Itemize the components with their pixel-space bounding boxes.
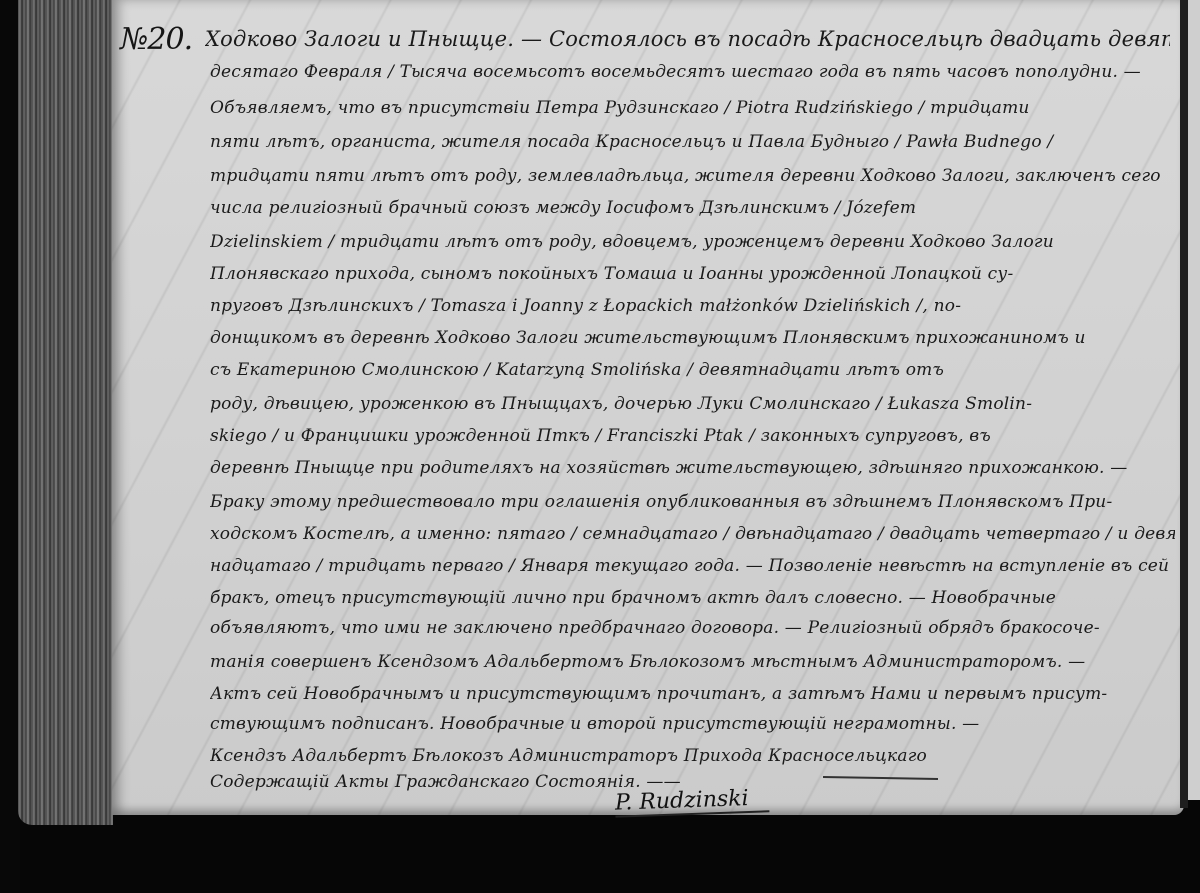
signature: P. Rudzinski <box>615 785 769 817</box>
text-line: Ксендзъ Адальбертъ Бѣлокозъ Администрато… <box>210 746 1175 766</box>
text-line: съ Екатериною Смолинскою / Katarzyną Smo… <box>210 360 1175 380</box>
text-line: надцатаго / тридцать перваго / Января те… <box>210 556 1175 576</box>
text-line: тридцати пяти лѣтъ отъ роду, землевладѣл… <box>210 166 1175 186</box>
text-line: роду, дѣвицею, уроженкою въ Пныщцахъ, до… <box>210 394 1175 414</box>
text-line: числа религіозный брачный союзъ между Іо… <box>210 198 1175 218</box>
text-line: Dzielinskiem / тридцати лѣтъ отъ роду, в… <box>210 232 1175 252</box>
text-line: десятаго Февраля / Тысяча восемьсотъ вос… <box>210 62 1175 82</box>
text-line: ходскомъ Костелѣ, а именно: пятаго / сем… <box>210 524 1175 544</box>
text-line: объявляютъ, что ими не заключено предбра… <box>210 618 1175 638</box>
text-line: Актъ сей Новобрачнымъ и присутствующимъ … <box>210 684 1175 704</box>
text-line: бракъ, отецъ присутствующій лично при бр… <box>210 588 1175 608</box>
text-line: Объявляемъ, что въ присутствіи Петра Руд… <box>210 98 1175 118</box>
text-line: донщикомъ въ деревнѣ Ходково Залоги жите… <box>210 328 1175 348</box>
text-line: ствующимъ подписанъ. Новобрачные и второ… <box>210 714 1175 734</box>
text-line: Плонявскаго прихода, сыномъ покойныхъ То… <box>210 264 1175 284</box>
entry-number: №20. <box>120 22 192 57</box>
text-line: Содержащій Акты Гражданскаго Состоянія. … <box>210 772 910 792</box>
text-line: пяти лѣтъ, органиста, жителя посада Крас… <box>210 132 1175 152</box>
book-spine <box>0 0 20 893</box>
page-gutter-right <box>1180 0 1188 808</box>
text-line: пруговъ Дзѣлинскихъ / Tomasza i Joanny z… <box>210 296 1175 316</box>
text-line: деревнѣ Пныщце при родителяхъ на хозяйст… <box>210 458 1175 478</box>
next-page-edge <box>1188 0 1200 800</box>
page-edges <box>18 0 113 825</box>
text-line: Ходково Залоги и Пныщце. — Состоялось въ… <box>205 27 1170 51</box>
text-line: Браку этому предшествовало три оглашенія… <box>210 492 1175 512</box>
text-line: skiego / и Францишки урожденной Пткъ / F… <box>210 426 1175 446</box>
text-line: танія совершенъ Ксендзомъ Адальбертомъ Б… <box>210 652 1175 672</box>
